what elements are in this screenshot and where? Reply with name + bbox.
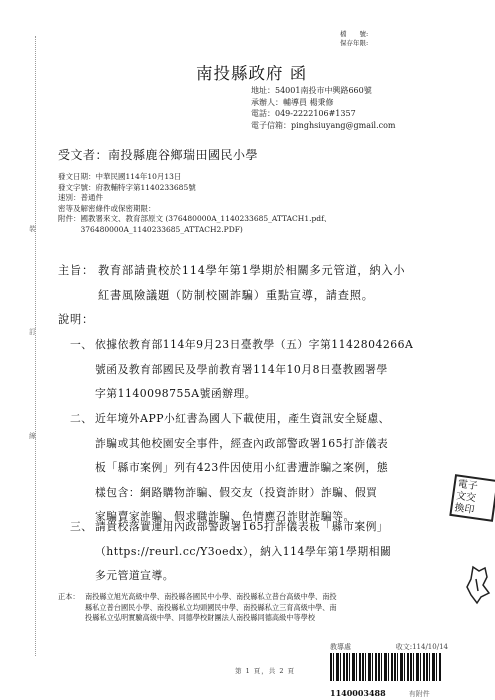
binding-mark-xian: 線 bbox=[29, 431, 36, 441]
binding-mark-zhuang: 裝 bbox=[29, 224, 36, 234]
barcode bbox=[330, 653, 442, 681]
attachment-line-1: 附件：國教署來文、教育部原文 (376480000A_1140233685_AT… bbox=[58, 214, 331, 225]
cc-line-3: 投縣私立弘明實驗高級中學、同德學校財團法人南投縣同德高級中等學校 bbox=[85, 613, 315, 624]
receipt-department: 教導處 bbox=[330, 642, 351, 652]
signature-stamp-icon bbox=[465, 565, 491, 605]
item-2-line-1: 近年境外APP小紅書為國人下載使用，產生資訊安全疑慮、 bbox=[95, 411, 390, 426]
binding-line bbox=[35, 36, 36, 656]
classification: 密等及解密條件或保密期限： bbox=[58, 204, 156, 215]
recipient: 受文者：南投縣鹿谷鄉瑞田國民小學 bbox=[58, 146, 258, 163]
sender-phone: 電話：049-2222106#1357 bbox=[251, 108, 356, 120]
cc-line-1: 南投縣立旭光高級中學、南投縣各國民中小學、南投縣私立普台高級中學、南投 bbox=[85, 592, 337, 603]
electronic-exchange-seal: 電子 文交 換印 bbox=[449, 474, 495, 522]
item-2-line-4: 樣包含：網路購物詐騙、假交友（投資詐財）詐騙、假買 bbox=[95, 485, 377, 500]
barcode-number: 1140003488 bbox=[330, 688, 386, 698]
attachment-flag: 有附件 bbox=[409, 690, 430, 698]
cc-line-2: 縣私立普台國民小學、南投縣私立均頭國民中學、南投縣私立三育高級中學、南 bbox=[85, 603, 337, 614]
retention-label: 保存年限: bbox=[340, 39, 368, 48]
item-1-line-1: 依據依教育部114年9月23日臺教學（五）字第1142804266A bbox=[95, 337, 413, 352]
issue-date: 發文日期：中華民國114年10月13日 bbox=[58, 172, 181, 183]
document-title: 南投縣政府 函 bbox=[196, 60, 307, 84]
subject-label: 主旨： bbox=[58, 262, 94, 278]
page-number: 第 1 頁，共 2 頁 bbox=[235, 666, 295, 675]
item-1-number: 一、 bbox=[70, 337, 93, 352]
item-2-line-3: 板「縣市案例」列有423件因使用小紅書遭詐騙之案例，態 bbox=[95, 460, 388, 475]
subject-line-2: 紅書風險議題（防制校園詐騙）重點宣導，請查照。 bbox=[98, 287, 374, 303]
document-number: 發文字號：府教輔特字第1140233685號 bbox=[58, 183, 196, 194]
sender-contact-person: 承辦人：輔導員 楊秉修 bbox=[251, 97, 334, 109]
binding-mark-ding: 訂 bbox=[29, 327, 36, 337]
explanation-label: 說明： bbox=[58, 311, 94, 327]
item-2-number: 二、 bbox=[70, 411, 93, 426]
sender-address: 地址：54001南投市中興路660號 bbox=[251, 85, 372, 97]
cc-label: 正本： bbox=[58, 592, 80, 603]
subject-line-1: 教育部請貴校於114學年第1學期於相關多元管道，納入小 bbox=[98, 262, 405, 278]
receipt-date: 收文:114/10/14 bbox=[396, 642, 448, 652]
sender-email: 電子信箱：pinghsiuyang@gmail.com bbox=[251, 120, 396, 132]
item-3-line-2: （https://reurl.cc/Y3oedx），納入114學年第1學期相關 bbox=[95, 544, 391, 559]
item-2-line-2: 詐騙或其他校園安全事件，經查內政部警政署165打詐儀表 bbox=[95, 436, 388, 451]
urgency: 速別：普通件 bbox=[58, 193, 103, 204]
archive-number-label: 檔 號: bbox=[340, 30, 368, 39]
item-1-line-3: 字第1140098755A號函辦理。 bbox=[95, 386, 256, 401]
item-1-line-2: 號函及教育部國民及學前教育署114年10月8日臺教國署學 bbox=[95, 362, 388, 377]
item-3-number: 三、 bbox=[70, 519, 93, 534]
attachment-line-2: 376480000A_1140233685_ATTACH2.PDF) bbox=[58, 225, 243, 236]
item-3-line-3: 多元管道宣導。 bbox=[95, 568, 174, 583]
item-3-line-1: 請貴校落實運用內政部警政署165打詐儀表板「縣市案例」 bbox=[95, 519, 388, 534]
receipt-stamp: 教導處 收文:114/10/14 1140003488 有附件 bbox=[330, 642, 490, 698]
